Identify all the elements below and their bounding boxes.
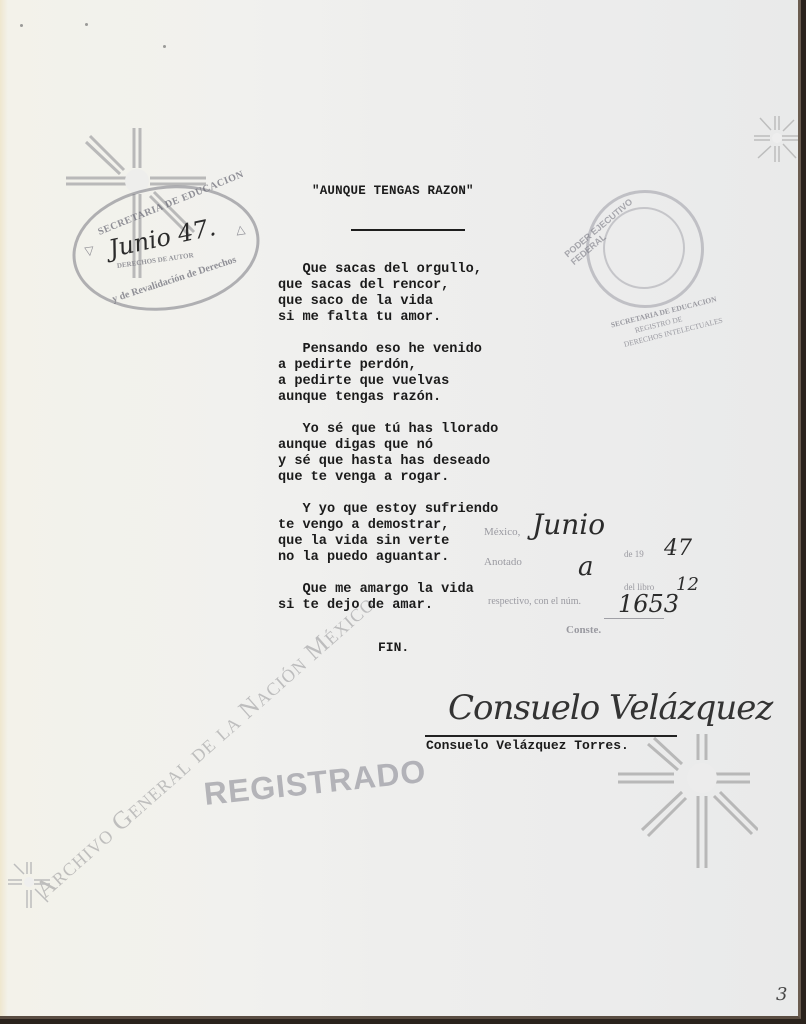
author-name: Consuelo Velázquez Torres. [426,738,629,753]
poem-line: que te venga a rogar. [278,470,498,486]
poem-stanza: Pensando eso he venidoa pedirte perdón,a… [278,342,498,406]
form-handwritten-letter: a [578,552,594,582]
speck [163,45,166,48]
poem-stanza: Que sacas del orgullo,que sacas del renc… [278,262,498,326]
federal-seal-stamp: PODER EJECUTIVO FEDERAL [586,190,704,308]
poem-line: que sacas del rencor, [278,278,498,294]
archive-watermark: Archivo General de la Nación México [31,590,381,904]
sunburst-logo-icon [754,116,800,162]
triangle-icon: ▽ [84,243,95,259]
poem-line: Que sacas del orgullo, [278,262,498,278]
form-label-conste: Conste. [566,624,601,636]
signature-line [425,735,677,737]
poem-line: Que me amargo la vida [278,582,498,598]
poem-stanza: Yo sé que tú has lloradoaunque digas que… [278,422,498,486]
poem-line: que la vida sin verte [278,534,498,550]
form-label-anotado: Anotado [484,556,522,568]
poem-stanza: Y yo que estoy sufriendote vengo a demos… [278,502,498,566]
poem-line: Pensando eso he venido [278,342,498,358]
speck [20,24,23,27]
form-handwritten-book: 12 [676,574,699,595]
form-handwritten-year: 47 [664,536,692,561]
poem-line: si te dejo de amar. [278,598,498,614]
poem-line: Yo sé que tú has llorado [278,422,498,438]
form-label-numero: respectivo, con el núm. [488,596,581,607]
page-number: 3 [776,984,787,1005]
poem-line: no la puedo aguantar. [278,550,498,566]
poem-line: aunque digas que nó [278,438,498,454]
poem-line: que saco de la vida [278,294,498,310]
poem-line: aunque tengas razón. [278,390,498,406]
poem-line: a pedirte perdón, [278,358,498,374]
poem-line: a pedirte que vuelvas [278,374,498,390]
triangle-icon: △ [235,222,246,238]
end-mark: FIN. [378,640,409,655]
speck [85,23,88,26]
form-label-year: de 19 [624,549,644,559]
registrado-stamp: REGISTRADO [202,753,428,813]
sunburst-logo-icon [8,862,50,908]
poem-line: te vengo a demostrar, [278,518,498,534]
author-signature: Consuelo Velázquez [448,688,772,728]
title-underline [351,229,465,231]
form-label-mexico: México, [484,526,520,538]
poem-title: "AUNQUE TENGAS RAZON" [312,184,474,198]
poem-line: y sé que hasta has deseado [278,454,498,470]
poem-stanza: Que me amargo la vidasi te dejo de amar. [278,582,498,614]
form-handwritten-number: 1653 [618,590,679,618]
document-page: Archivo General de la Nación México [0,0,801,1019]
poem-line: Y yo que estoy sufriendo [278,502,498,518]
form-handwritten-month: Junio [532,508,605,541]
poem-line: si me falta tu amor. [278,310,498,326]
sunburst-logo-icon [618,734,758,868]
form-number-underline [604,618,664,619]
poem-body: Que sacas del orgullo,que sacas del renc… [278,262,498,630]
